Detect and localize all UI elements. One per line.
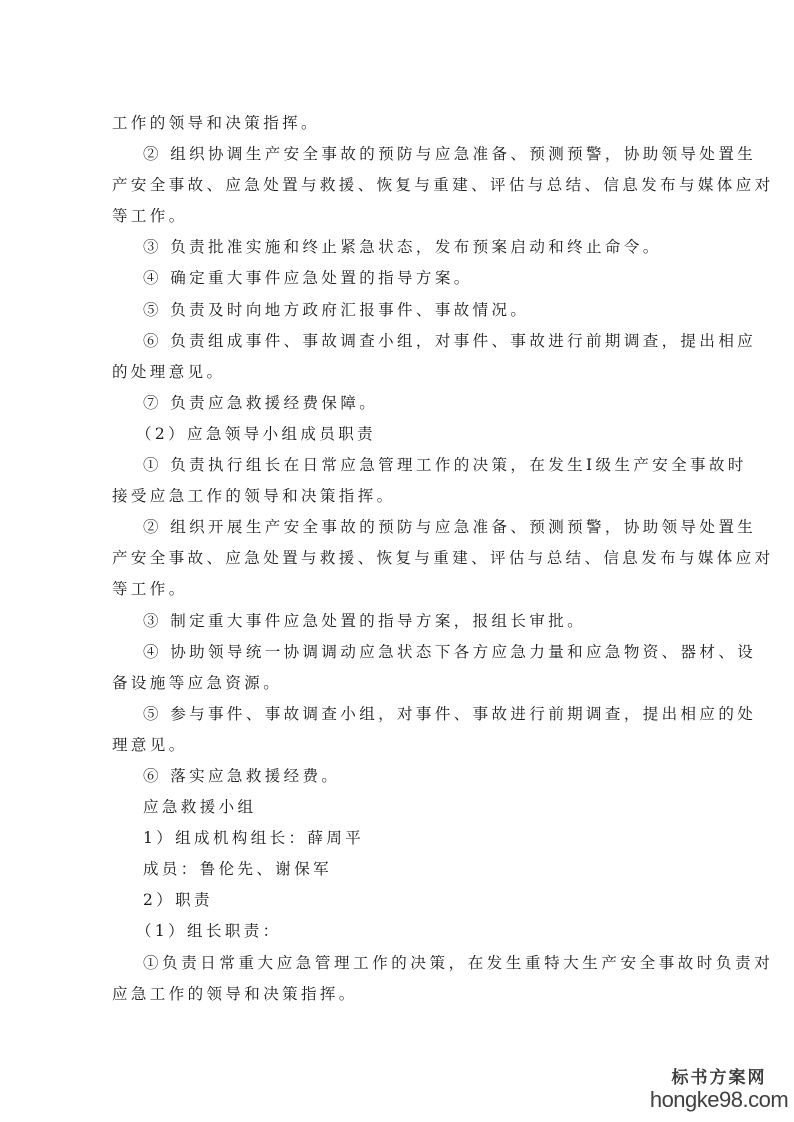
text-line: 应急工作的领导和决策指挥。: [112, 979, 674, 1010]
section-heading: （2）应急领导小组成员职责: [112, 419, 674, 450]
list-item-1-line: ① 负责执行组长在日常应急管理工作的决策，在发生Ⅰ级生产安全事故时: [112, 450, 674, 481]
list-item-3-line: ③ 负责批准实施和终止紧急状态，发布预案启动和终止命令。: [112, 232, 674, 263]
text-line: 的处理意见。: [112, 357, 674, 388]
document-page: 工作的领导和决策指挥。 ② 组织协调生产安全事故的预防与应急准备、预测预警，协助…: [112, 108, 674, 1010]
list-item-2-line: ② 组织协调生产安全事故的预防与应急准备、预测预警，协助领导处置生: [112, 139, 674, 170]
text-line: 等工作。: [112, 574, 674, 605]
text-line: 备设施等应急资源。: [112, 668, 674, 699]
text-line: 工作的领导和决策指挥。: [112, 108, 674, 139]
text-line: 产安全事故、应急处置与救援、恢复与重建、评估与总结、信息发布与媒体应对: [112, 170, 674, 201]
watermark-logo: 标书方案网 hongke98.com: [644, 1068, 794, 1112]
team-leader-line: 1）组成机构组长：薛周平: [112, 823, 674, 854]
list-item-3-line: ③ 制定重大事件应急处置的指导方案，报组长审批。: [112, 606, 674, 637]
list-item-6-line: ⑥ 负责组成事件、事故调查小组，对事件、事故进行前期调查，提出相应: [112, 326, 674, 357]
list-item-5-line: ⑤ 负责及时向地方政府汇报事件、事故情况。: [112, 295, 674, 326]
list-item-7-line: ⑦ 负责应急救援经费保障。: [112, 388, 674, 419]
list-item-4-line: ④ 确定重大事件应急处置的指导方案。: [112, 263, 674, 294]
text-line: 等工作。: [112, 201, 674, 232]
list-item-6-line: ⑥ 落实应急救援经费。: [112, 761, 674, 792]
watermark-site-name: 标书方案网: [644, 1068, 794, 1088]
list-item-1-line: ①负责日常重大应急管理工作的决策，在发生重特大生产安全事故时负责对: [112, 948, 674, 979]
list-item-2-line: ② 组织开展生产安全事故的预防与应急准备、预测预警，协助领导处置生: [112, 512, 674, 543]
team-members-line: 成员：鲁伦先、谢保军: [112, 854, 674, 885]
text-line: 接受应急工作的领导和决策指挥。: [112, 481, 674, 512]
section-heading: 应急救援小组: [112, 792, 674, 823]
text-line: 产安全事故、应急处置与救援、恢复与重建、评估与总结、信息发布与媒体应对: [112, 543, 674, 574]
subsection-heading: 2）职责: [112, 885, 674, 916]
watermark-url: hongke98.com: [644, 1088, 794, 1112]
list-item-5-line: ⑤ 参与事件、事故调查小组，对事件、事故进行前期调查，提出相应的处: [112, 699, 674, 730]
subsection-heading: （1）组长职责：: [112, 916, 674, 947]
list-item-4-line: ④ 协助领导统一协调调动应急状态下各方应急力量和应急物资、器材、设: [112, 637, 674, 668]
text-line: 理意见。: [112, 730, 674, 761]
